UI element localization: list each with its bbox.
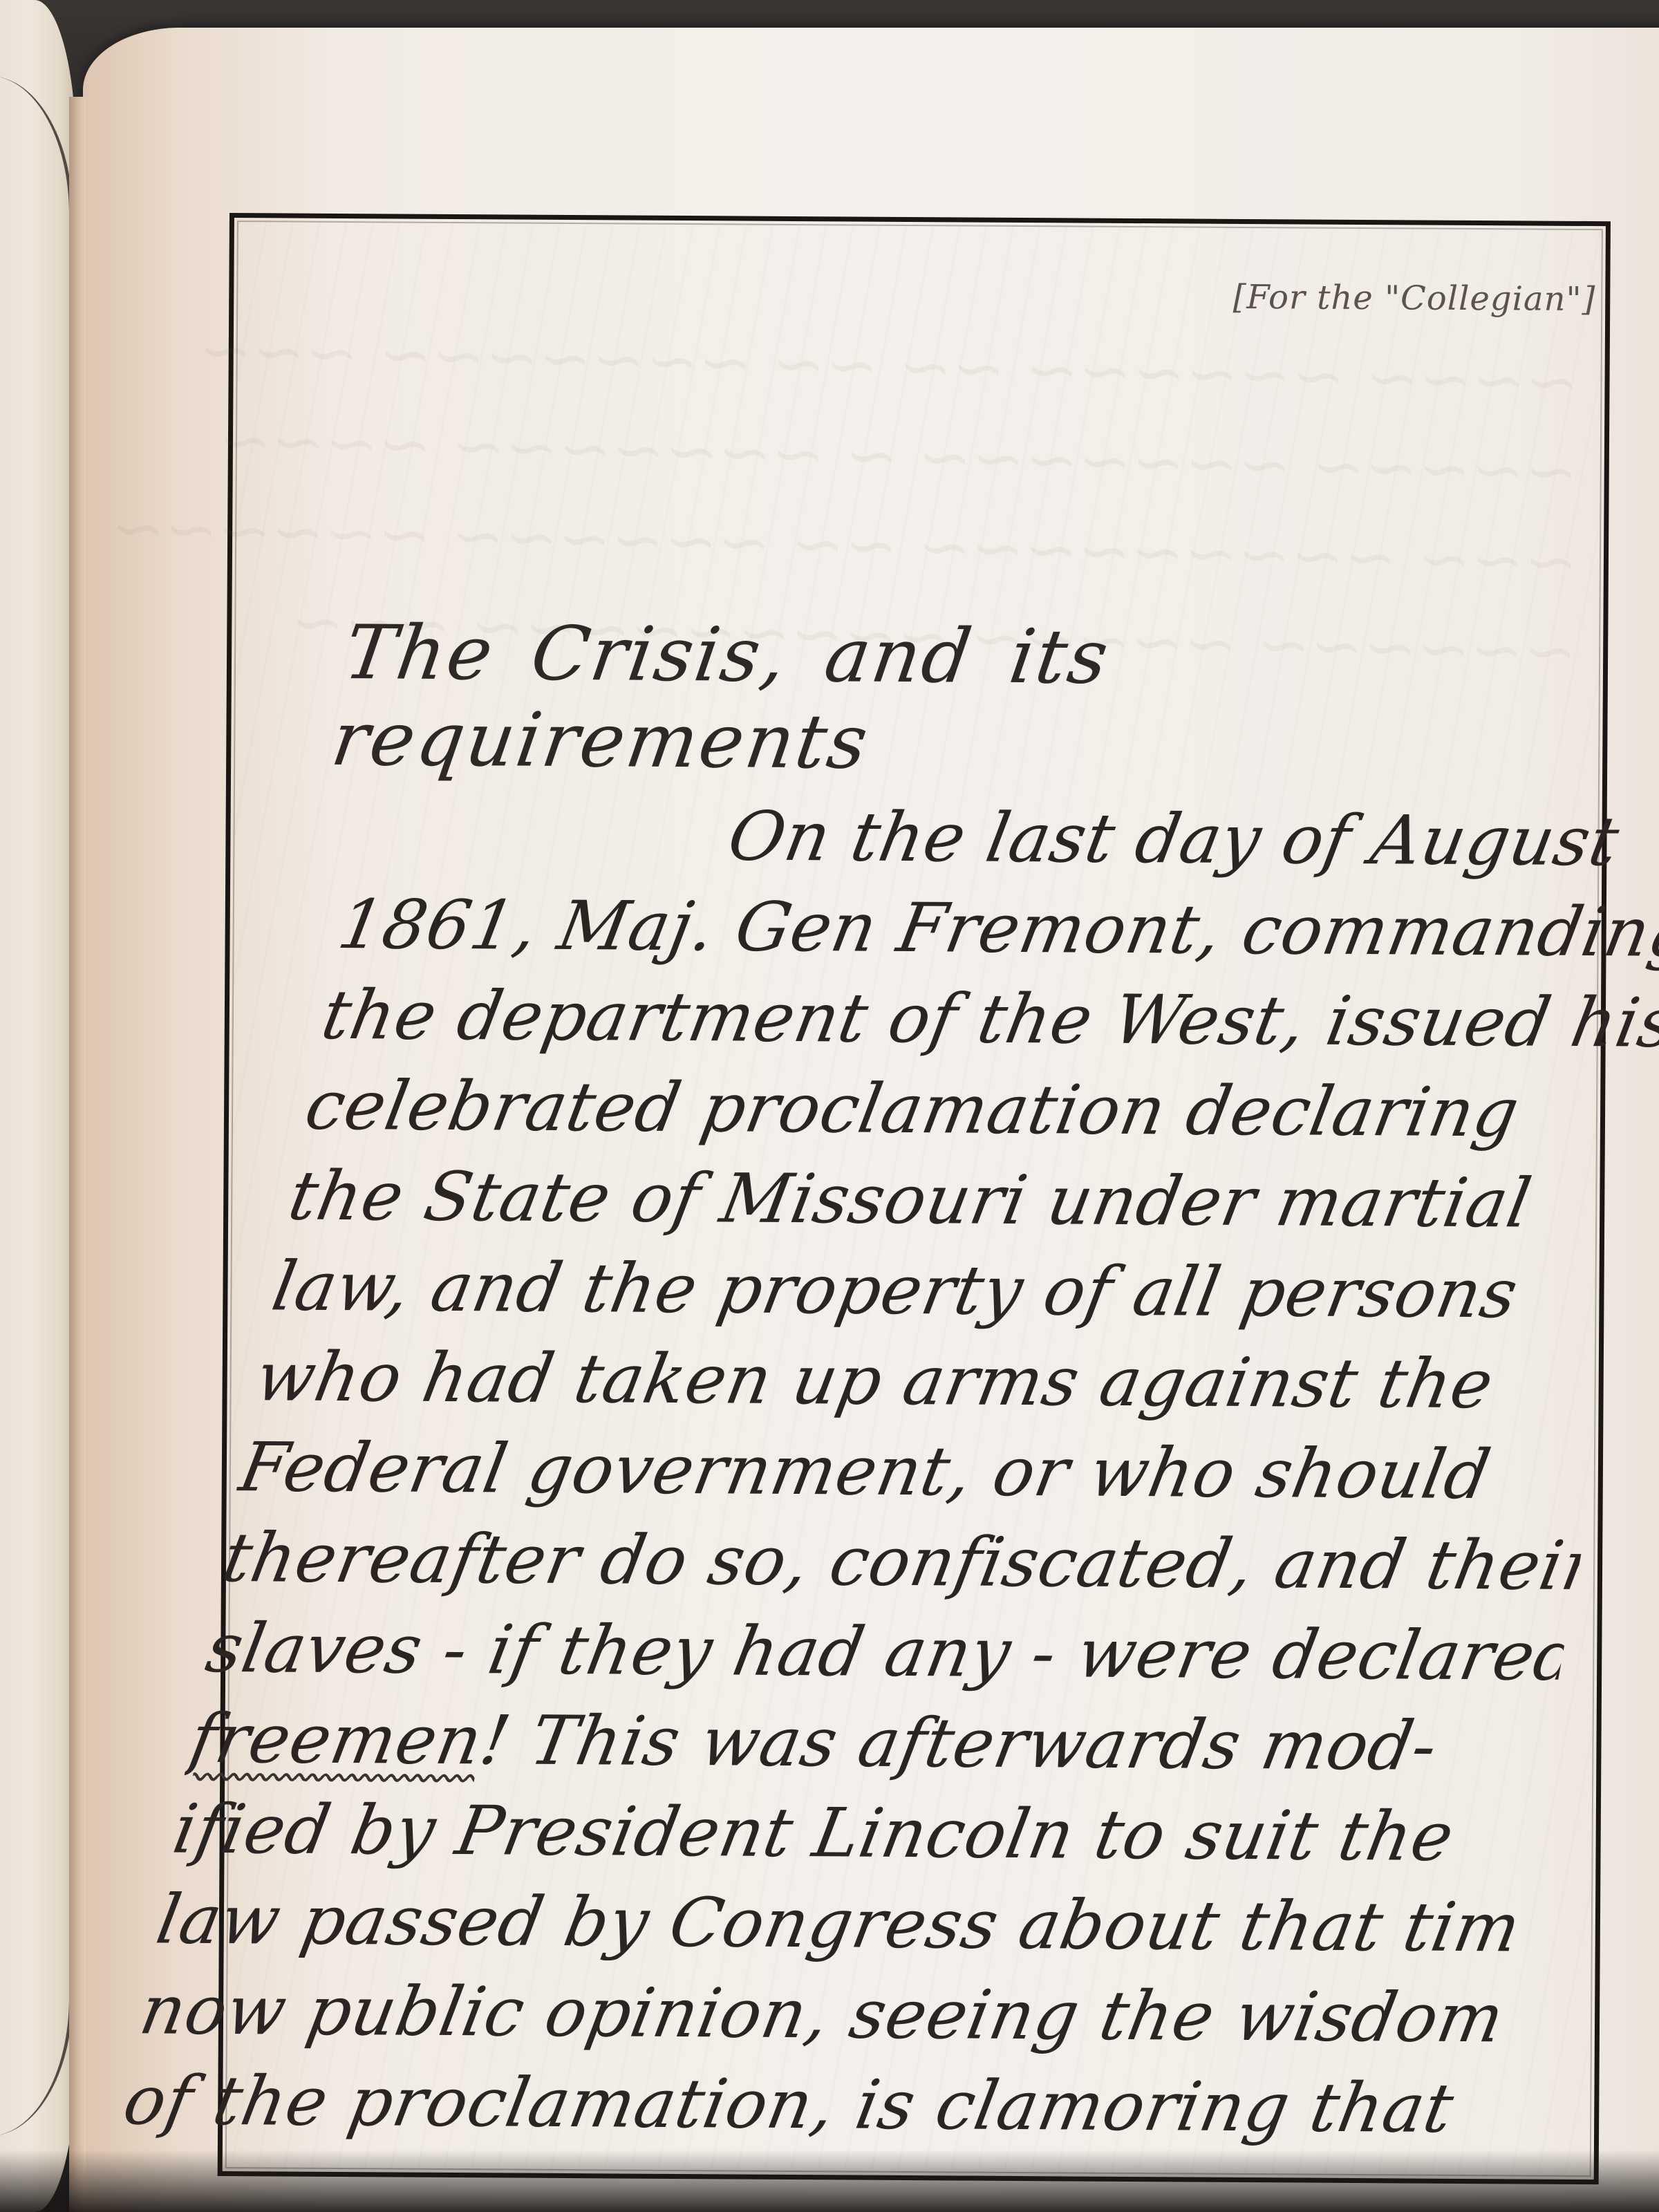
publication-annotation: [For the "Collegian"] xyxy=(1233,278,1596,319)
text-line: celebrated proclamation declaring xyxy=(299,1061,1659,1160)
text-line: thereafter do so, confiscated, and their xyxy=(216,1513,1587,1612)
text-line: Federal government, or who should xyxy=(232,1423,1604,1521)
text-line: the department of the West, issued his xyxy=(315,971,1659,1069)
bottom-shadow xyxy=(0,2150,1659,2212)
photo-scene: ~~~~ ~~~~~~ ~~ ~~ ~~~~~~~ ~~~ ~~~~~ ~~~~… xyxy=(0,0,1659,2212)
right-manuscript-page: ~~~~ ~~~~~~ ~~ ~~ ~~~~~~~ ~~~ ~~~~~ ~~~~… xyxy=(83,28,1659,2212)
text-line: On the last day of August xyxy=(348,789,1659,888)
text-fragment: ! This was afterwards mod- xyxy=(474,1701,1443,1785)
text-line: 1861, Maj. Gen Fremont, commanding xyxy=(331,880,1659,979)
text-line: the State of Missouri under martial xyxy=(282,1152,1653,1250)
text-line: freemen! This was afterwards mod- xyxy=(182,1694,1554,1793)
underlined-word: freemen xyxy=(184,1700,489,1780)
show-through-text: ~~~~~ ~~~~~~~ ~ ~~~~~~~ ~~~~ xyxy=(264,404,1579,509)
page-title: The Crisis, and its requirements xyxy=(326,610,1596,790)
manuscript-paragraph: On the last day of August 1861, Maj. Gen… xyxy=(117,789,1659,2155)
left-page-border-line xyxy=(0,76,73,2136)
book-gutter xyxy=(69,97,86,2212)
text-line: law, and the property of all persons xyxy=(265,1241,1637,1340)
text-line: now public opinion, seeing the wisdom xyxy=(133,1965,1505,2064)
page-ruled-frame: ~~~~ ~~~~~~ ~~ ~~ ~~~~~~~ ~~~ ~~~~~ ~~~~… xyxy=(218,213,1611,2184)
frame-inner-border: ~~~~ ~~~~~~ ~~ ~~ ~~~~~~~ ~~~ ~~~~~ ~~~~… xyxy=(225,221,1603,2177)
text-line: law passed by Congress about that time, … xyxy=(149,1875,1521,1974)
show-through-text: ~~~ ~~~~~~~~~ ~~ ~~~~~~ ~~~~~~ xyxy=(263,494,1578,599)
text-line: ified by President Lincoln to suit the xyxy=(166,1785,1537,1884)
show-through-text: ~~~~ ~~~~~~ ~~ ~~ ~~~~~~~ ~~~ xyxy=(265,315,1580,420)
text-line: slaves - if they had any - were declared xyxy=(199,1604,1571,1703)
text-line: of the proclamation, is clamoring that xyxy=(117,2056,1488,2155)
text-line: who had taken up arms against the xyxy=(249,1332,1620,1431)
